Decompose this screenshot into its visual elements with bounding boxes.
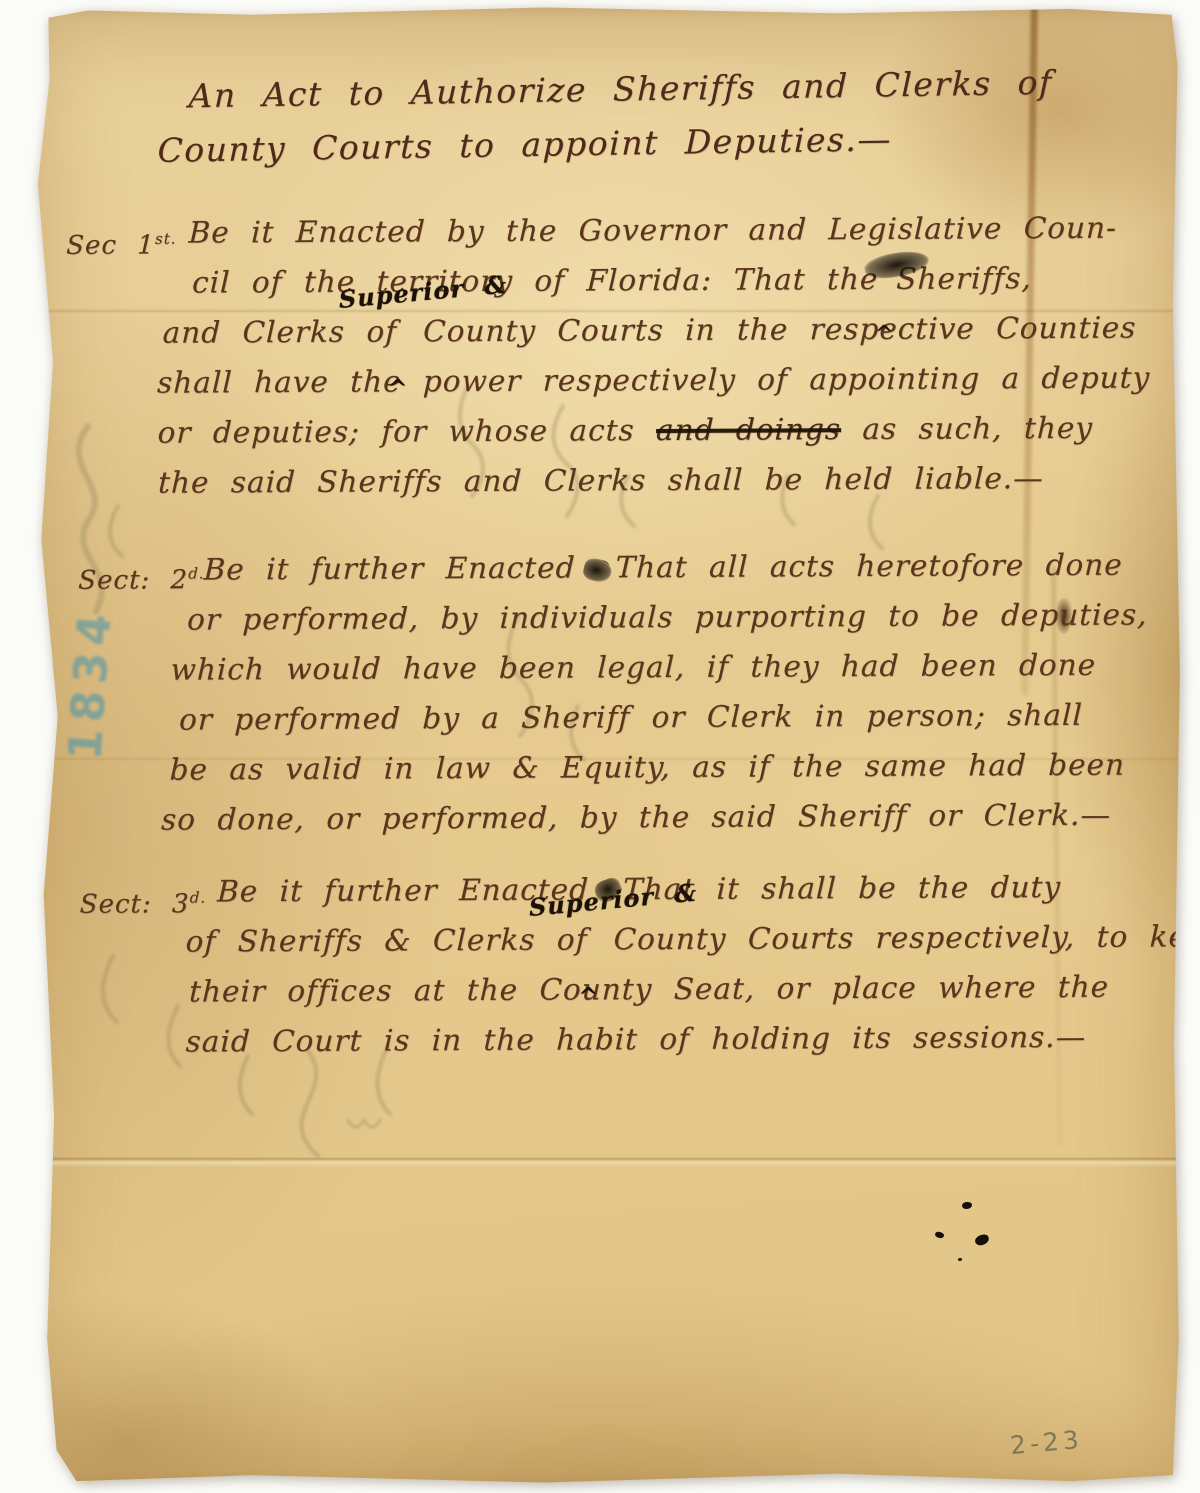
section-label-text: Sect: 2 (78, 565, 189, 596)
line-text: or performed, by individuals purporting … (187, 598, 1148, 637)
line-text: the said Sheriffs and Clerks shall be he… (158, 461, 1045, 500)
line-text: County Courts respectively, to keep (613, 919, 1200, 956)
paper-sheet: An Act to Authorize Sheriffs and Clerks … (18, 6, 1188, 1487)
line-text: so done, or performed, by the said Sheri… (161, 798, 1112, 837)
ghost-stroke (348, 1120, 380, 1127)
line-text: which would have been legal, if they had… (170, 648, 1096, 687)
ghost-stroke (302, 1051, 318, 1156)
section-3: Sect: 3d. Be it further EnactedThat it s… (147, 861, 1193, 1066)
section-label-text: Sec 1 (66, 230, 155, 260)
section-label: Sect: 3d. (79, 872, 207, 929)
ink-blot (581, 557, 613, 584)
manuscript-line: shall have the power respectively of app… (156, 352, 1190, 407)
manuscript-page: An Act to Authorize Sheriffs and Clerks … (18, 6, 1188, 1487)
line-text: or performed by a Sheriff or Clerk in pe… (179, 698, 1084, 737)
line-text: shall have the power respectively of app… (157, 360, 1151, 399)
section-label-ordinal: d. (189, 888, 206, 906)
blue-pencil-mark: 1834 (58, 595, 117, 762)
manuscript-line: so done, or performed, by the said Sheri… (160, 789, 1187, 844)
struck-out-text: and doings (656, 412, 842, 447)
manuscript-line: of Sheriffs & Clerks ofSuperior &^County… (185, 911, 1192, 966)
caret-icon: ^ (874, 309, 895, 359)
line-text: Be it Enacted by the Governor and Legisl… (188, 211, 1117, 250)
ghost-stroke (103, 956, 117, 1022)
manuscript-line: and Clerks ofSuperior &^County Courts in… (162, 302, 1192, 357)
section-label-text: Sect: 3 (79, 889, 190, 920)
manuscript-line: Be it further EnactedThat all acts heret… (203, 539, 1195, 594)
manuscript-line: the said Sheriffs and Clerks shall be he… (157, 452, 1187, 507)
manuscript-line: or deputies; for whose acts and doings a… (157, 402, 1189, 457)
section-2: Sect: 2d. Be it further EnactedThat all … (145, 539, 1194, 844)
line-text: of Sheriffs & Clerks of (185, 922, 588, 958)
caret-icon: ^ (577, 971, 600, 1021)
document-title: An Act to Authorize Sheriffs and Clerks … (149, 54, 1161, 178)
section-label-ordinal: d. (188, 564, 205, 582)
line-text: be as valid in law & Equity, as if the s… (169, 748, 1125, 787)
line-text: Be it further Enacted (203, 551, 576, 587)
section-label-ordinal: st. (155, 230, 177, 248)
section-1: Sec 1st. Be it Enacted by the Governor a… (145, 202, 1194, 507)
manuscript-line: Be it Enacted by the Governor and Legisl… (188, 202, 1195, 257)
line-text: their offices at the County Seat, or pla… (189, 970, 1110, 1009)
line-text: or deputies; for whose acts (157, 413, 635, 449)
line-text: cil of the territory of Florida: That th… (192, 262, 879, 300)
manuscript-line: Be it further EnactedThat it shall be th… (216, 861, 1193, 916)
line-text: County Courts in the respective Counties (423, 311, 1137, 349)
manuscript-line: their offices at the County Seat, or pla… (188, 961, 1190, 1016)
caret-icon: ^ (387, 363, 410, 413)
section-label: Sec 1st. (65, 214, 177, 271)
manuscript-line: which would have been legal, if they had… (170, 639, 1192, 694)
line-text: as such, they (862, 411, 1094, 446)
line-text: That all acts heretofore done (615, 548, 1123, 585)
manuscript-line: said Court is in the habit of holding it… (185, 1011, 1189, 1066)
line-text: said Court is in the habit of holding it… (185, 1020, 1087, 1059)
manuscript-line: or performed by a Sheriff or Clerk in pe… (178, 689, 1190, 744)
manuscript-line: or performed, by individuals purporting … (186, 589, 1193, 644)
manuscript-line: be as valid in law & Equity, as if the s… (169, 739, 1189, 794)
